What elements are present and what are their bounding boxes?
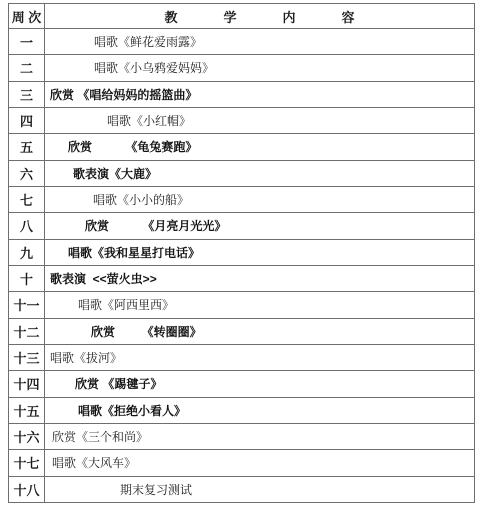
teaching-schedule-table: 周 次 教学内容 一唱歌《鲜花爱雨露》二唱歌《小乌鸦爱妈妈》三欣赏 《唱给妈妈的… [8, 3, 475, 503]
table-row: 七唱歌《小小的船》 [9, 186, 475, 212]
table-row: 十八期末复习测试 [9, 476, 475, 502]
lesson-content: 唱歌《拔河》 [45, 344, 475, 370]
table-row: 一唱歌《鲜花爱雨露》 [9, 29, 475, 55]
table-row: 十二欣赏 《转圈圈》 [9, 318, 475, 344]
content-column-header-label: 教学内容 [164, 7, 400, 26]
week-label: 一 [9, 29, 45, 55]
table-row: 十五唱歌《拒绝小看人》 [9, 397, 475, 423]
table-row: 三欣赏 《唱给妈妈的摇篮曲》 [9, 81, 475, 107]
lesson-content: 唱歌《大风车》 [45, 450, 475, 476]
lesson-content: 期末复习测试 [45, 476, 475, 502]
week-label: 六 [9, 160, 45, 186]
week-label: 二 [9, 55, 45, 81]
lesson-content: 欣赏 《唱给妈妈的摇篮曲》 [45, 81, 475, 107]
table-row: 五欣赏 《龟兔赛跑》 [9, 134, 475, 160]
week-label: 十 [9, 265, 45, 291]
week-label: 五 [9, 134, 45, 160]
table-row: 四唱歌《小红帽》 [9, 107, 475, 133]
table-row: 十三唱歌《拔河》 [9, 344, 475, 370]
lesson-content: 唱歌《小乌鸦爱妈妈》 [45, 55, 475, 81]
week-label: 十四 [9, 371, 45, 397]
table-body: 一唱歌《鲜花爱雨露》二唱歌《小乌鸦爱妈妈》三欣赏 《唱给妈妈的摇篮曲》四唱歌《小… [9, 29, 475, 503]
table-row: 十一唱歌《阿西里西》 [9, 292, 475, 318]
content-column-header: 教学内容 [45, 4, 475, 29]
table-row: 九唱歌《我和星星打电话》 [9, 239, 475, 265]
week-label: 十二 [9, 318, 45, 344]
lesson-content: 唱歌《鲜花爱雨露》 [45, 29, 475, 55]
table-row: 十歌表演 <<萤火虫>> [9, 265, 475, 291]
lesson-content: 欣赏 《月亮月光光》 [45, 213, 475, 239]
week-label: 七 [9, 186, 45, 212]
lesson-content: 欣赏 《转圈圈》 [45, 318, 475, 344]
lesson-content: 唱歌《小红帽》 [45, 107, 475, 133]
lesson-content: 唱歌《阿西里西》 [45, 292, 475, 318]
lesson-content: 唱歌《我和星星打电话》 [45, 239, 475, 265]
document-page: 周 次 教学内容 一唱歌《鲜花爱雨露》二唱歌《小乌鸦爱妈妈》三欣赏 《唱给妈妈的… [0, 0, 479, 508]
week-label: 十五 [9, 397, 45, 423]
week-label: 八 [9, 213, 45, 239]
table-row: 八欣赏 《月亮月光光》 [9, 213, 475, 239]
header-row: 周 次 教学内容 [9, 4, 475, 29]
week-column-header: 周 次 [9, 4, 45, 29]
table-row: 十六欣赏《三个和尚》 [9, 423, 475, 449]
lesson-content: 歌表演《大鹿》 [45, 160, 475, 186]
week-label: 三 [9, 81, 45, 107]
lesson-content: 欣赏 《踢毽子》 [45, 371, 475, 397]
week-label: 十七 [9, 450, 45, 476]
table-row: 二唱歌《小乌鸦爱妈妈》 [9, 55, 475, 81]
week-label: 十一 [9, 292, 45, 318]
week-label: 十八 [9, 476, 45, 502]
week-label: 十三 [9, 344, 45, 370]
table-row: 六歌表演《大鹿》 [9, 160, 475, 186]
lesson-content: 唱歌《拒绝小看人》 [45, 397, 475, 423]
lesson-content: 唱歌《小小的船》 [45, 186, 475, 212]
lesson-content: 歌表演 <<萤火虫>> [45, 265, 475, 291]
table-row: 十七唱歌《大风车》 [9, 450, 475, 476]
week-label: 九 [9, 239, 45, 265]
table-row: 十四欣赏 《踢毽子》 [9, 371, 475, 397]
week-label: 十六 [9, 423, 45, 449]
lesson-content: 欣赏 《龟兔赛跑》 [45, 134, 475, 160]
week-label: 四 [9, 107, 45, 133]
lesson-content: 欣赏《三个和尚》 [45, 423, 475, 449]
